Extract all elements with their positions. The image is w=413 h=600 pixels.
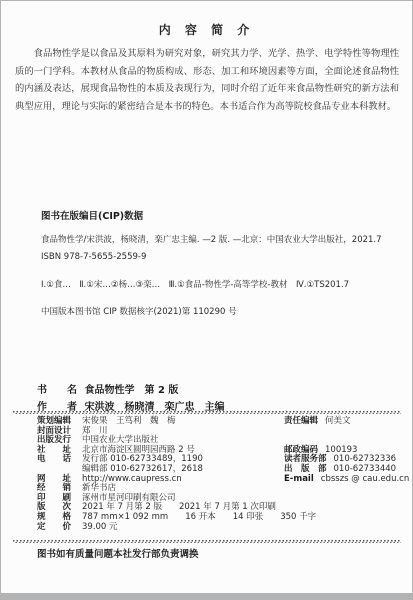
cip-block: 图书在版编目(CIP)数据 食品物性学/宋洪波，杨晓清，栾广忠主编. —2 版.… bbox=[41, 208, 403, 317]
colophon-label: 定 价 bbox=[37, 523, 82, 533]
colophon-block: 策划编辑 宋俊果 王笃利 魏 梅 责任编辑 何美文 封面设计 郑 川 出版发行 … bbox=[37, 417, 403, 532]
cip-entry-line: 食品物性学/宋洪波，杨晓清，栾广忠主编. —2 版. —北京：中国农业大学出版社… bbox=[41, 233, 403, 245]
colophon-right-label: E-mail bbox=[284, 475, 314, 485]
email-address: cbsszs @ cau.edu.cn bbox=[321, 475, 409, 485]
page-bottom-edge bbox=[1, 593, 412, 599]
cip-classification-line: Ⅰ.①食… Ⅱ.①宋…②杨…③栾… Ⅲ.①食品-物性学-高等学校-教材 Ⅳ.①T… bbox=[41, 278, 403, 290]
cip-record-line: 中国版本图书馆 CIP 数据核字(2021)第 110290 号 bbox=[41, 305, 403, 317]
intro-title: 内 容 简 介 bbox=[1, 21, 412, 38]
intro-paragraph: 食品物性学是以食品及其原料为研究对象，研究其力学、光学、热学、电学特性等物理性质… bbox=[15, 45, 399, 115]
quality-notice: 图书如有质量问题本社发行部负责调换 bbox=[37, 546, 199, 560]
colophon-label: 电 话 bbox=[37, 455, 82, 465]
colophon-value: 39.00 元 bbox=[82, 523, 118, 533]
book-title-label: 书 名 bbox=[37, 382, 81, 399]
isbn-line: ISBN 978-7-5655-2559-9 bbox=[41, 252, 403, 262]
colophon-row-price: 定 价 39.00 元 bbox=[37, 523, 403, 533]
copyright-page: 内 容 简 介 食品物性学是以食品及其原料为研究对象，研究其力学、光学、热学、电… bbox=[0, 0, 413, 600]
wavy-separator-bottom bbox=[13, 540, 401, 543]
cip-heading: 图书在版编目(CIP)数据 bbox=[41, 208, 403, 222]
colophon-right-label: 责任编辑 bbox=[284, 417, 318, 427]
book-title-row: 书 名 食品物性学 第 2 版 bbox=[37, 382, 402, 399]
book-title-value: 食品物性学 第 2 版 bbox=[84, 382, 178, 399]
wavy-separator-top bbox=[13, 411, 401, 414]
colophon-right-value: 何美文 bbox=[325, 417, 351, 427]
